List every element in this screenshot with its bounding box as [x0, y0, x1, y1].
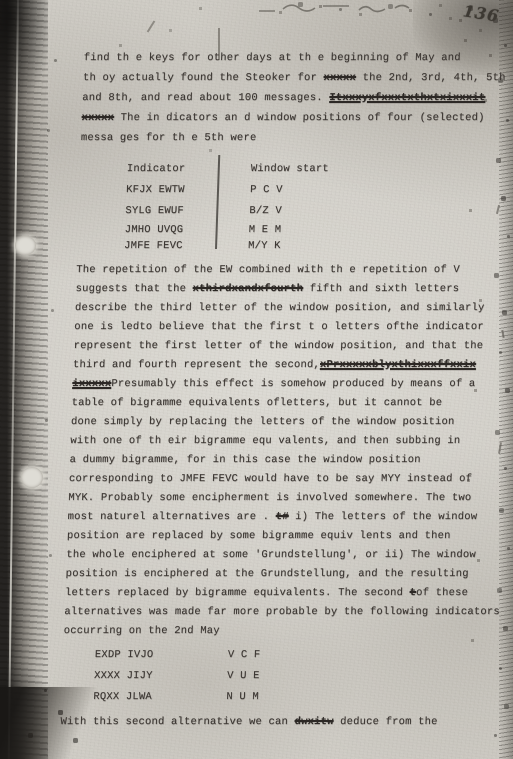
- indicator-cell: KFJX EWTW: [126, 180, 251, 201]
- text-run: The in dicators an d window positions of…: [114, 112, 485, 124]
- text-run: letters replaced by bigramme equivalents…: [65, 587, 410, 599]
- text-run: find th e keys for other days at th e be…: [83, 52, 460, 64]
- document-line: MYK. Probably some encipherment is invol…: [68, 489, 493, 508]
- text-run: MYK. Probably some encipherment is invol…: [68, 492, 471, 504]
- document-line: describe the third letter of the window …: [75, 299, 500, 318]
- text-run: and 8th, and read about 100 messages.: [82, 92, 329, 104]
- text-run: describe the third letter of the window …: [75, 302, 485, 314]
- text-run: table of bigramme equivalents ofletters,…: [71, 397, 442, 409]
- struck-out-text: Itxxxyxfxxxtxthxtxixxxit: [329, 92, 485, 104]
- window-start-cell: M/Y K: [248, 239, 281, 253]
- punch-hole-icon: [21, 467, 43, 488]
- document-line: a dummy bigramme, for in this case the w…: [69, 451, 494, 470]
- document-line: corresponding to JMFE FEVC would have to…: [69, 470, 494, 489]
- window-start-cell: V C F: [227, 645, 260, 666]
- document-line: third and fourth represent the second,xP…: [73, 356, 498, 375]
- text-run: i) The letters of the window: [288, 511, 477, 523]
- document-line: represent the first letter of the window…: [73, 337, 498, 356]
- punch-hole-icon: [15, 236, 36, 255]
- document-line: position is enciphered at the Grundstell…: [65, 565, 490, 584]
- table-row: RQXX JLWAN U M: [61, 687, 486, 708]
- text-run: a dummy bigramme, for in this case the w…: [69, 454, 420, 466]
- document-line: most naturel alternatives are . t# i) Th…: [67, 508, 492, 527]
- text-run: corresponding to JMFE FEVC would have to…: [69, 473, 472, 485]
- struck-out-text: t#: [275, 511, 288, 523]
- struck-out-text: xxxxx: [323, 72, 356, 84]
- document-content: find th e keys for other days at th e be…: [60, 48, 508, 732]
- pen-mark: [147, 20, 156, 32]
- text-run: represent the first letter of the window…: [73, 340, 483, 352]
- table-header-row: Indicator Window start: [79, 158, 504, 180]
- text-run: messa ges for th e 5th were: [81, 132, 257, 144]
- document-line: the whole enciphered at some 'Grundstell…: [66, 546, 491, 565]
- scan-edge-shadow-left: [0, 0, 48, 759]
- text-run: fifth and sixth letters: [303, 283, 459, 295]
- document-line: position are replaced by some bigramme e…: [67, 527, 492, 546]
- text-run: the 2nd, 3rd, 4th, 5th: [356, 72, 506, 84]
- document-line: With this second alternative we can dwxi…: [60, 712, 485, 732]
- text-run: th oy actually found the Steoker for: [83, 72, 324, 84]
- indicator-column-header: Indicator: [126, 158, 251, 180]
- document-line: messa ges for th e 5th were: [81, 128, 506, 148]
- text-run: third and fourth represent the second,: [73, 359, 320, 371]
- text-run: of these: [416, 587, 468, 599]
- indicator-cell: JMHO UVQG: [124, 222, 249, 239]
- table-row: SYLG EWUFB/Z V: [78, 201, 503, 222]
- struck-out-text: xPrxxxxxblyxthixxxffxxix: [320, 359, 476, 371]
- indicator-cell: XXXX JIJY: [94, 666, 228, 687]
- text-run: alternatives was made far more probable …: [64, 606, 500, 618]
- paragraph-keys-for-may: find th e keys for other days at th e be…: [81, 48, 508, 148]
- window-start-cell: M E M: [248, 222, 281, 239]
- document-line: th oy actually found the Steoker for xxx…: [83, 68, 508, 88]
- window-start-column-header: Window start: [250, 158, 329, 180]
- document-line: table of bigramme equivalents ofletters,…: [71, 394, 496, 413]
- struck-out-text: ixxxxx: [72, 378, 111, 390]
- scan-speckles: [0, 0, 1, 1]
- text-run: one is ledto believe that the first t o …: [74, 321, 484, 333]
- document-line: letters replaced by bigramme equivalents…: [65, 584, 490, 603]
- table-row: EXDP IVJOV C F: [62, 645, 487, 666]
- text-run: with one of th eir bigramme equ valents,…: [70, 435, 460, 447]
- document-line: with one of th eir bigramme equ valents,…: [70, 432, 495, 451]
- text-run: done simply by replacing the letters of …: [71, 416, 455, 428]
- indicator-table-rows: KFJX EWTWP C VSYLG EWUFB/Z VJMHO UVQGM E…: [77, 180, 504, 253]
- second-indicator-table: EXDP IVJOV C FXXXX JIJYV U ERQXX JLWAN U…: [61, 645, 487, 708]
- paragraph-repetition-analysis: The repetition of the EW combined with t…: [63, 261, 500, 641]
- document-line: done simply by replacing the letters of …: [71, 413, 496, 432]
- text-run: The repetition of the EW combined with t…: [76, 264, 460, 276]
- pen-squiggle: [255, 0, 445, 18]
- table-row: KFJX EWTWP C V: [79, 180, 504, 201]
- window-start-cell: P C V: [250, 180, 283, 201]
- text-run: position is enciphered at the Grundstell…: [65, 568, 468, 580]
- document-line: The repetition of the EW combined with t…: [76, 261, 501, 280]
- closing-line: With this second alternative we can dwxi…: [60, 712, 485, 732]
- struck-out-text: dwxitw: [294, 716, 333, 728]
- text-run: Presumably this effect is somehow produc…: [111, 378, 475, 390]
- table-row: JMFE FEVCM/Y K: [77, 239, 501, 253]
- indicator-window-table: Indicator Window start KFJX EWTWP C VSYL…: [77, 158, 504, 253]
- window-start-cell: V U E: [227, 666, 260, 687]
- indicator-cell: JMFE FEVC: [124, 239, 248, 253]
- text-run: With this second alternative we can: [60, 716, 294, 728]
- document-line: occurring on the 2nd May: [63, 622, 488, 641]
- text-run: occurring on the 2nd May: [63, 625, 219, 637]
- document-line: alternatives was made far more probable …: [64, 603, 489, 622]
- indicator-cell: SYLG EWUF: [125, 201, 250, 222]
- struck-out-text: xxxxx: [81, 112, 114, 124]
- document-line: ixxxxxPresumably this effect is somehow …: [72, 375, 497, 394]
- indicator-cell: RQXX JLWA: [93, 687, 227, 708]
- text-run: deduce from the: [333, 716, 437, 728]
- text-run: suggests that the: [75, 283, 192, 295]
- text-run: most naturel alternatives are .: [67, 511, 275, 523]
- document-line: suggests that the xthirdxandxfourth fift…: [75, 280, 500, 299]
- struck-out-text: xthirdxandxfourth: [192, 283, 303, 295]
- document-line: xxxxx The in dicators an d window positi…: [81, 108, 506, 128]
- document-line: one is ledto believe that the first t o …: [74, 318, 499, 337]
- table-row: XXXX JIJYV U E: [62, 666, 487, 687]
- document-line: find th e keys for other days at th e be…: [83, 48, 508, 68]
- text-run: the whole enciphered at some 'Grundstell…: [66, 549, 476, 561]
- document-line: and 8th, and read about 100 messages. It…: [82, 88, 507, 108]
- window-start-cell: B/Z V: [249, 201, 282, 222]
- text-run: position are replaced by some bigramme e…: [67, 530, 451, 542]
- table-row: JMHO UVQGM E M: [77, 222, 502, 239]
- indicator-cell: EXDP IVJO: [94, 645, 228, 666]
- scanned-document-page: 136 find th e keys for other days at th …: [0, 0, 513, 759]
- window-start-cell: N U M: [226, 687, 259, 708]
